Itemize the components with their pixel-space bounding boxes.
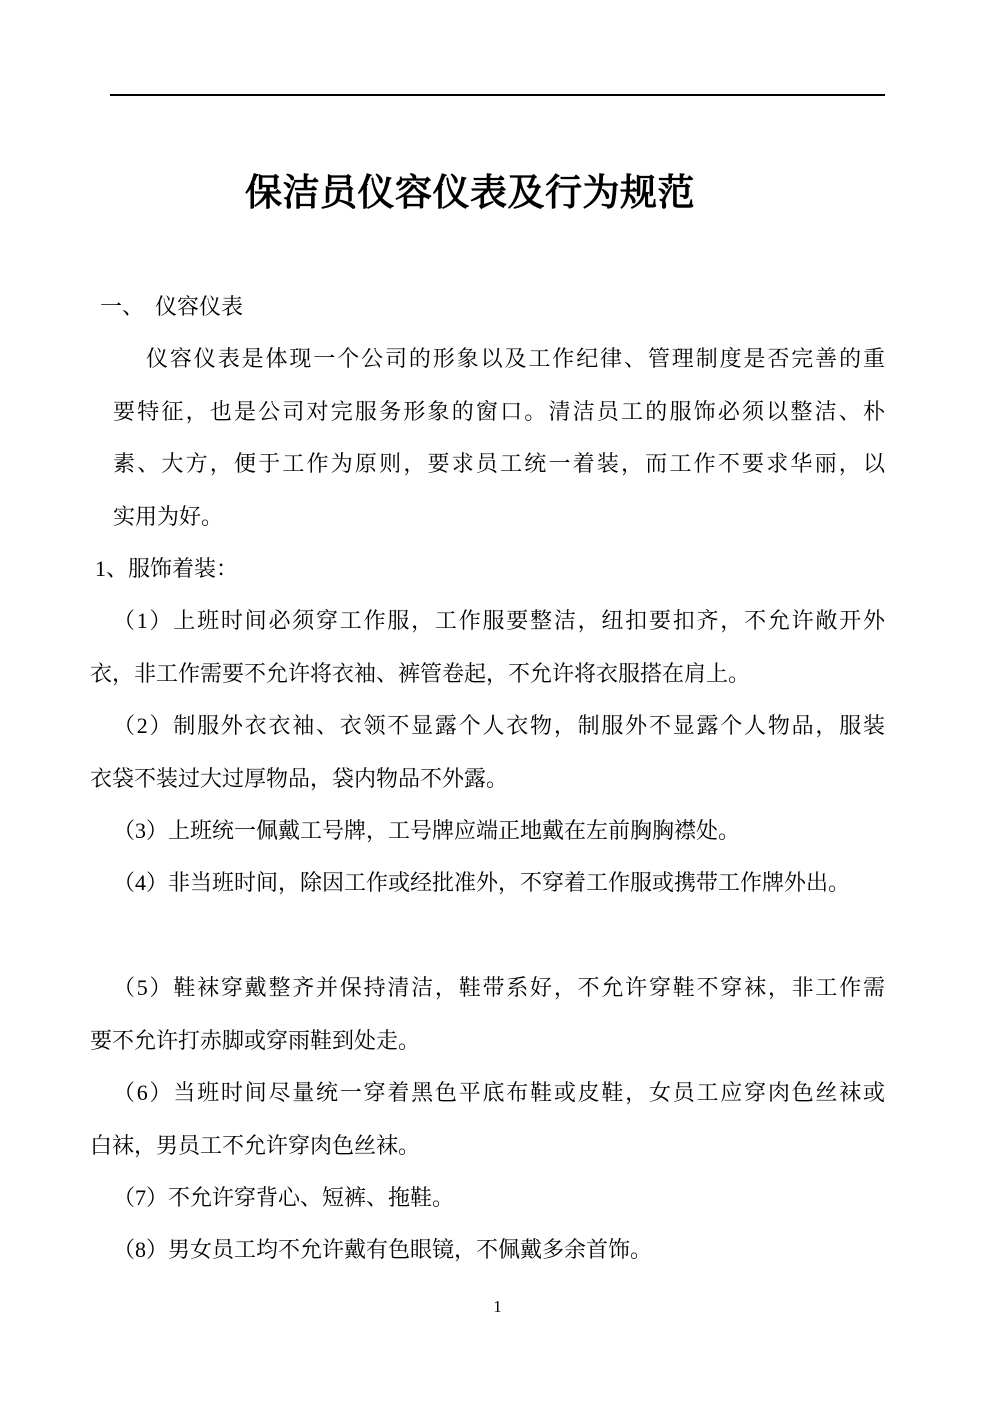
document-body: 一、 仪容仪表仪容仪表是体现一个公司的形象以及工作纪律、管理制度是否完善的重要特… — [0, 281, 993, 1277]
text-line: （2）制服外衣衣袖、衣领不显露个人衣物，制服外不显露个人物品，服装 — [90, 700, 885, 752]
text-line: 衣袋不装过大过厚物品，袋内物品不外露。 — [90, 753, 885, 805]
paragraph-item: （4）非当班时间，除因工作或经批准外，不穿着工作服或携带工作牌外出。 — [0, 857, 993, 909]
text-line: 衣，非工作需要不允许将衣袖、裤管卷起，不允许将衣服搭在肩上。 — [90, 648, 885, 700]
text-line: 要不允许打赤脚或穿雨鞋到处走。 — [90, 1015, 885, 1067]
text-line: 素、大方，便于工作为原则，要求员工统一着装，而工作不要求华丽，以 — [113, 438, 885, 490]
paragraph-list-title: 1、服饰着装： — [0, 543, 993, 595]
text-line: （5）鞋袜穿戴整齐并保持清洁，鞋带系好，不允许穿鞋不穿袜，非工作需 — [90, 962, 885, 1014]
paragraph-spacer — [0, 910, 993, 962]
text-line: 一、 仪容仪表 — [0, 281, 993, 333]
paragraph-item: （1）上班时间必须穿工作服，工作服要整洁，纽扣要扣齐，不允许敞开外衣，非工作需要… — [0, 595, 993, 700]
header-rule — [110, 94, 885, 96]
paragraph-heading: 一、 仪容仪表 — [0, 281, 993, 333]
paragraph-item: （3）上班统一佩戴工号牌，工号牌应端正地戴在左前胸胸襟处。 — [0, 805, 993, 857]
paragraph-item: （8）男女员工均不允许戴有色眼镜，不佩戴多余首饰。 — [0, 1224, 993, 1276]
text-line — [0, 910, 993, 962]
paragraph-item: （2）制服外衣衣袖、衣领不显露个人衣物，制服外不显露个人物品，服装衣袋不装过大过… — [0, 700, 993, 805]
text-line: 实用为好。 — [113, 491, 885, 543]
paragraph-item: （6）当班时间尽量统一穿着黑色平底布鞋或皮鞋，女员工应穿肉色丝袜或白袜，男员工不… — [0, 1067, 993, 1172]
text-line: （4）非当班时间，除因工作或经批准外，不穿着工作服或携带工作牌外出。 — [90, 857, 885, 909]
text-line: （1）上班时间必须穿工作服，工作服要整洁，纽扣要扣齐，不允许敞开外 — [90, 595, 885, 647]
text-line: 仪容仪表是体现一个公司的形象以及工作纪律、管理制度是否完善的重 — [113, 333, 885, 385]
text-line: 白袜，男员工不允许穿肉色丝袜。 — [90, 1120, 885, 1172]
text-line: （7）不允许穿背心、短裤、拖鞋。 — [90, 1172, 885, 1224]
paragraph-item: （5）鞋袜穿戴整齐并保持清洁，鞋带系好，不允许穿鞋不穿袜，非工作需要不允许打赤脚… — [0, 962, 993, 1067]
paragraph-para: 仪容仪表是体现一个公司的形象以及工作纪律、管理制度是否完善的重要特征，也是公司对… — [0, 333, 993, 543]
page-number: 1 — [110, 1294, 885, 1320]
document-page: 保洁员仪容仪表及行为规范 一、 仪容仪表仪容仪表是体现一个公司的形象以及工作纪律… — [0, 0, 993, 1404]
paragraph-item: （7）不允许穿背心、短裤、拖鞋。 — [0, 1172, 993, 1224]
text-line: （6）当班时间尽量统一穿着黑色平底布鞋或皮鞋，女员工应穿肉色丝袜或 — [90, 1067, 885, 1119]
text-line: 要特征，也是公司对完服务形象的窗口。清洁员工的服饰必须以整洁、朴 — [113, 386, 885, 438]
text-line: （3）上班统一佩戴工号牌，工号牌应端正地戴在左前胸胸襟处。 — [90, 805, 885, 857]
text-line: 1、服饰着装： — [0, 543, 993, 595]
text-line: （8）男女员工均不允许戴有色眼镜，不佩戴多余首饰。 — [90, 1224, 885, 1276]
document-title: 保洁员仪容仪表及行为规范 — [110, 164, 830, 224]
